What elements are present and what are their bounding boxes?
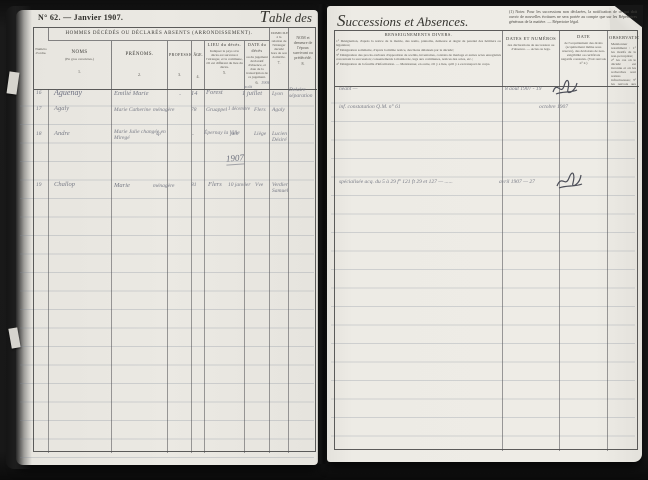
col-header-prenoms-num: 2. [113, 72, 166, 77]
col-header-professions-num: 3. [169, 72, 190, 77]
row-lieu: Forest [206, 89, 244, 96]
row-profession: sp [156, 131, 172, 137]
signature-scribble [555, 171, 583, 191]
col-header-date-sub: ou du jugement déclaratif d'absence, et … [246, 55, 268, 79]
col-header-lieu-num: 5. [206, 70, 243, 75]
row-number: 18 [36, 131, 47, 137]
renseignements-line: 1° Désignation, d'après la notice de la … [336, 39, 501, 47]
row-number: 16 [36, 90, 47, 96]
col-header-lieu-sub: Indiquer le pays si le décès est survenu… [206, 49, 243, 69]
row-conjoint: Lucien Désiré [272, 131, 300, 143]
col-header-numero-label: Numéro d'ordre. [35, 47, 47, 55]
col-header-noms-title: NOMS [49, 50, 110, 56]
row-date: juin [230, 131, 254, 137]
col-header-date-paiement-title: DATE [561, 34, 606, 40]
entry-renseignements: spécialisée acq. du 5 à 29 f° 121 ft 29 … [339, 179, 504, 185]
col-header-date-title: DATE du décès [246, 42, 268, 54]
col-header-conjoint: NOM et demeure de l'époux survivant ou p… [288, 28, 317, 89]
row-age: - [192, 132, 202, 138]
row-nom: Andre [54, 130, 112, 137]
right-table: RENSEIGNEMENTS DIVERS. 1° Désignation, d… [334, 30, 638, 450]
col-header-noms: NOMS (En gros caractères.) 1. [48, 41, 111, 89]
col-header-prenoms: PRÉNOMS. 2. [111, 41, 167, 89]
col-header-professions: PROFESSIONS. 3. [167, 41, 191, 89]
row-age: 81 [191, 182, 203, 188]
grid-vline [244, 89, 245, 453]
row-profession: ménagère [153, 107, 173, 113]
col-header-renseignements-title: RENSEIGNEMENTS DIVERS. [336, 32, 501, 38]
entry-renseignements: néant — [339, 86, 489, 92]
col-header-conjoint-num: 8. [290, 61, 316, 66]
row-number: 19 [36, 182, 47, 188]
col-header-numero: Numéro d'ordre. [34, 28, 48, 89]
grid-vline [269, 89, 270, 453]
observations-line: Mentionner notamment : 1° les motifs de … [609, 42, 638, 86]
grid-vline [502, 86, 503, 451]
entry-dates: octobre 1907 [539, 104, 594, 110]
col-header-dates-title: DATES ET NUMÉROS [504, 36, 558, 42]
running-title-left: Table des [260, 7, 312, 27]
row-prenoms: Emilié Marie [114, 90, 168, 97]
grid-vline [111, 89, 112, 453]
register-number-label: N° 62. — Janvier 1907. [38, 13, 123, 22]
grid-vline [191, 89, 192, 453]
row-domicile: Flers [254, 107, 269, 113]
col-header-professions-title: PROFESSIONS. [169, 52, 190, 58]
row-domicile: Liège [254, 131, 269, 137]
col-header-renseignements: RENSEIGNEMENTS DIVERS. 1° Désignation, d… [335, 31, 502, 86]
col-header-domicile-title: DOMICILE à la relation de l'étranger déc… [271, 31, 287, 59]
grid-vline [607, 86, 608, 451]
scanned-register-spread: N° 62. — Janvier 1907. Table des HOMMES … [0, 0, 648, 480]
col-header-age-title: ÂGE. [193, 52, 203, 58]
grid-vline [559, 86, 560, 451]
entry-dates: avril 1907 — 27 [499, 179, 555, 185]
grid-vline [204, 89, 205, 453]
col-header-dates-sub: des déclarations de succession ou d'abse… [504, 43, 558, 51]
grid-vline [167, 89, 168, 453]
row-number: 17 [36, 106, 47, 112]
row-date: 10 janvier [228, 182, 254, 188]
row-date: 1 juillet [242, 90, 270, 97]
col-header-lieu: LIEU du décès. Indiquer le pays si le dé… [204, 41, 244, 89]
row-conjoint: Delaire séparation [289, 87, 317, 99]
right-page: Successions et Absences. (1) Noter. Pour… [327, 6, 642, 462]
signature-scribble [551, 78, 579, 98]
table-band-title: HOMMES DÉCÉDÉS OU DÉCLARÉS ABSENTS (ARRO… [48, 28, 269, 41]
col-header-observations: OBSERVATIONS. Mentionner notamment : 1° … [607, 31, 639, 86]
grid-vline [288, 89, 289, 453]
year-annotation: 1907 [226, 152, 245, 165]
col-header-domicile-num: 7. [271, 60, 287, 65]
col-header-noms-num: 1. [49, 69, 110, 74]
col-header-age-num: 4. [193, 74, 203, 79]
entry-renseignements: inf. constatation Q.M. n° 61 [339, 104, 489, 110]
col-header-noms-sub: (En gros caractères.) [49, 57, 110, 61]
row-conjoint: Agaly [272, 107, 300, 113]
row-profession: ménagère [153, 183, 173, 189]
col-header-date-paiement-sub: de l'acquittement des droits (acquitteme… [561, 41, 606, 65]
renseignements-line: 2° Désignation sommaire, d'après la même… [336, 48, 501, 52]
left-page: N° 62. — Janvier 1907. Table des HOMMES … [16, 10, 318, 465]
grid-vline [48, 89, 49, 453]
row-date: 1 décembre [228, 107, 256, 113]
row-nom: Agaly [54, 105, 112, 112]
row-nom: Aguenay [54, 88, 112, 97]
printed-corner-note: (1) Noter. Pour les successions non décl… [509, 9, 637, 31]
col-header-prenoms-title: PRÉNOMS. [113, 52, 166, 58]
row-domicile: Lyon [272, 91, 289, 97]
row-conjoint: Verdier Samuel [272, 182, 302, 194]
row-nom: Challop [54, 181, 112, 188]
row-profession: - [174, 92, 186, 98]
col-header-lieu-title: LIEU du décès. [206, 42, 243, 48]
col-header-age: ÂGE. 4. [191, 41, 204, 89]
col-header-observations-title: OBSERVATIONS. [609, 35, 638, 41]
running-title-right: Successions et Absences. [337, 11, 468, 31]
entry-dates: 8 août 1907 - 19 [505, 86, 557, 92]
row-domicile: Vve [255, 182, 269, 188]
col-header-conjoint-title: NOM et demeure de l'époux survivant ou p… [290, 35, 316, 60]
row-age: 78 [191, 107, 203, 113]
renseignements-line: 3° Désignation des procès-verbaux d'appo… [336, 53, 501, 61]
renseignements-line: 4° Désignation de la feuille d'informati… [336, 62, 501, 66]
row-age: 14 [191, 90, 203, 97]
